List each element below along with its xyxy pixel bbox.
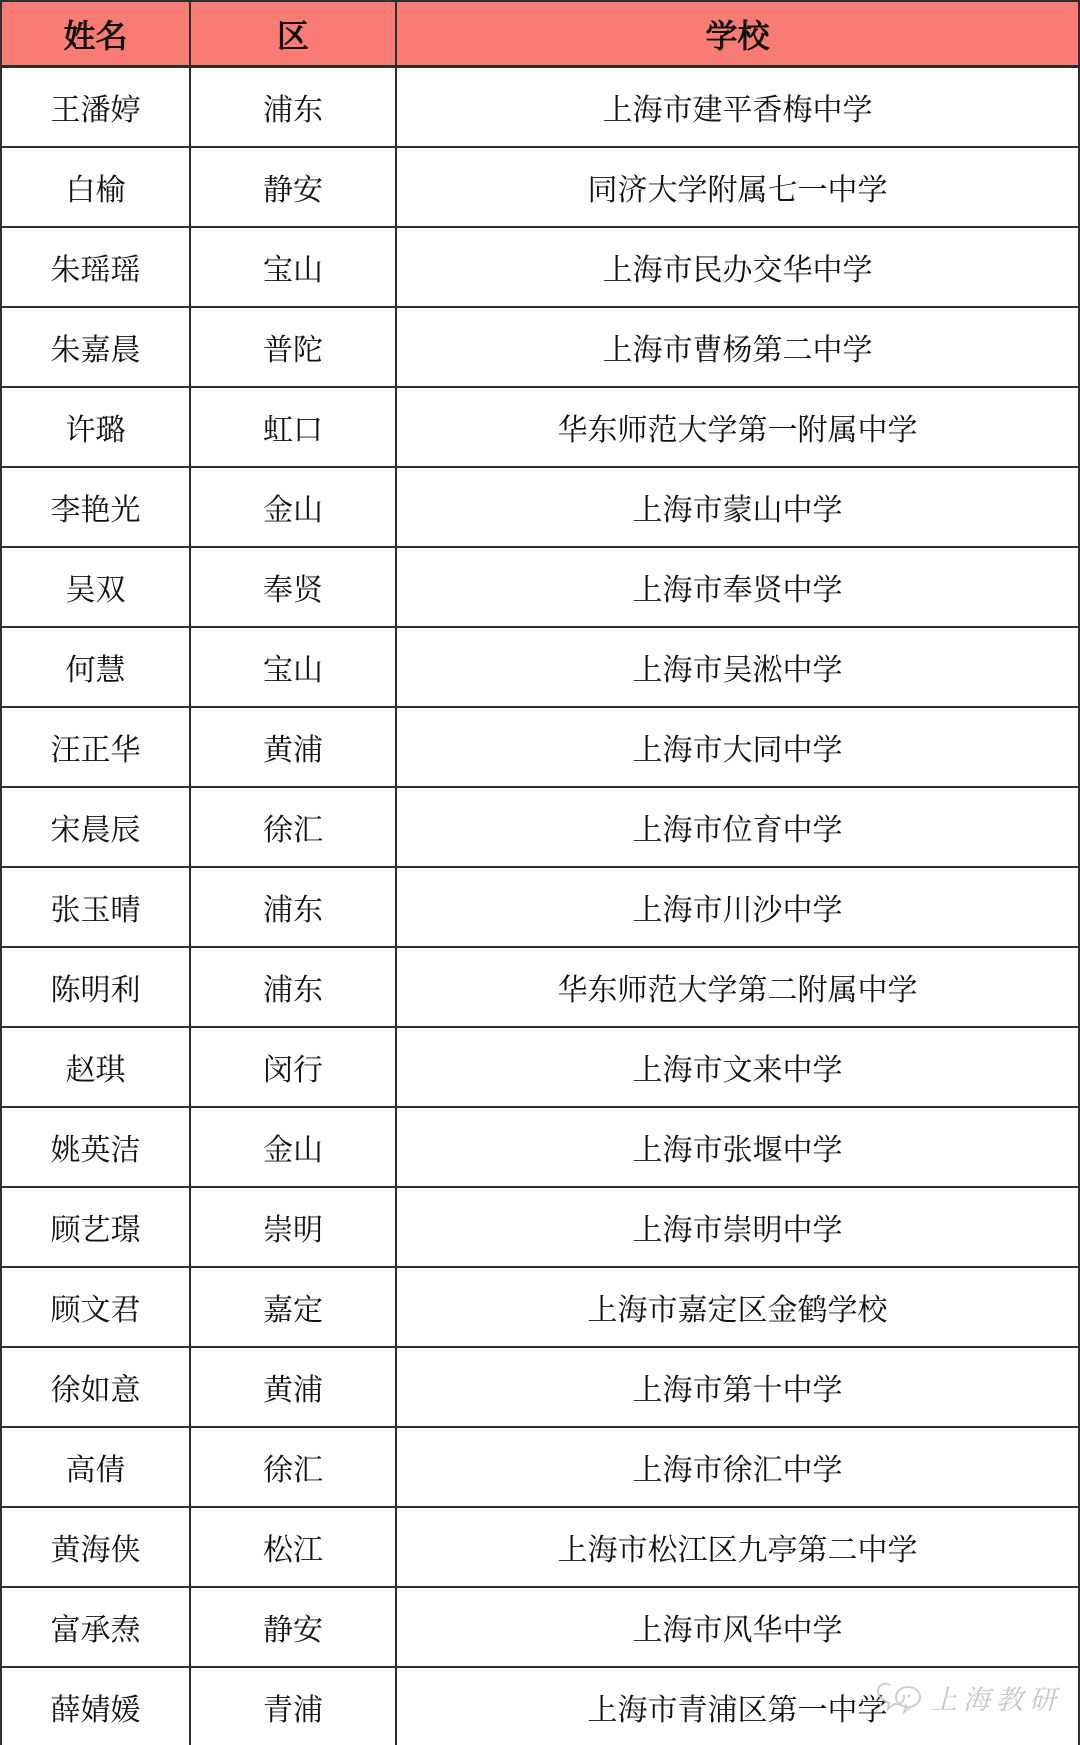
table-row: 李艳光 金山 上海市蒙山中学 — [1, 467, 1079, 547]
school-cell: 上海市风华中学 — [396, 1587, 1079, 1667]
school-cell: 上海市崇明中学 — [396, 1187, 1079, 1267]
table-row: 吴双 奉贤 上海市奉贤中学 — [1, 547, 1079, 627]
district-cell: 奉贤 — [190, 547, 396, 627]
name-cell: 高倩 — [1, 1427, 190, 1507]
table-row: 陈明利 浦东 华东师范大学第二附属中学 — [1, 947, 1079, 1027]
school-cell: 上海市徐汇中学 — [396, 1427, 1079, 1507]
school-cell: 上海市民办交华中学 — [396, 227, 1079, 307]
header-district: 区 — [190, 1, 396, 67]
name-cell: 徐如意 — [1, 1347, 190, 1427]
school-cell: 上海市川沙中学 — [396, 867, 1079, 947]
table-row: 王潘婷 浦东 上海市建平香梅中学 — [1, 67, 1079, 148]
name-cell: 富承焘 — [1, 1587, 190, 1667]
name-cell: 陈明利 — [1, 947, 190, 1027]
student-roster-table: 姓名 区 学校 王潘婷 浦东 上海市建平香梅中学 白榆 静安 同济大学附属七一中… — [0, 0, 1080, 1745]
district-cell: 静安 — [190, 1587, 396, 1667]
table-row: 许璐 虹口 华东师范大学第一附属中学 — [1, 387, 1079, 467]
school-cell: 上海市文来中学 — [396, 1027, 1079, 1107]
table-row: 顾文君 嘉定 上海市嘉定区金鹤学校 — [1, 1267, 1079, 1347]
school-cell: 上海市建平香梅中学 — [396, 67, 1079, 148]
name-cell: 赵琪 — [1, 1027, 190, 1107]
name-cell: 汪正华 — [1, 707, 190, 787]
district-cell: 嘉定 — [190, 1267, 396, 1347]
school-cell: 上海市奉贤中学 — [396, 547, 1079, 627]
table-header-row: 姓名 区 学校 — [1, 1, 1079, 67]
district-cell: 金山 — [190, 1107, 396, 1187]
district-cell: 宝山 — [190, 627, 396, 707]
table-row: 黄海侠 松江 上海市松江区九亭第二中学 — [1, 1507, 1079, 1587]
name-cell: 顾艺璟 — [1, 1187, 190, 1267]
district-cell: 徐汇 — [190, 1427, 396, 1507]
roster-page: 姓名 区 学校 王潘婷 浦东 上海市建平香梅中学 白榆 静安 同济大学附属七一中… — [0, 0, 1080, 1745]
district-cell: 徐汇 — [190, 787, 396, 867]
name-cell: 薛婧媛 — [1, 1667, 190, 1745]
district-cell: 浦东 — [190, 947, 396, 1027]
district-cell: 普陀 — [190, 307, 396, 387]
district-cell: 金山 — [190, 467, 396, 547]
name-cell: 白榆 — [1, 147, 190, 227]
table-row: 何慧 宝山 上海市吴淞中学 — [1, 627, 1079, 707]
header-name: 姓名 — [1, 1, 190, 67]
name-cell: 朱嘉晨 — [1, 307, 190, 387]
district-cell: 崇明 — [190, 1187, 396, 1267]
table-row: 朱嘉晨 普陀 上海市曹杨第二中学 — [1, 307, 1079, 387]
district-cell: 青浦 — [190, 1667, 396, 1745]
school-cell: 上海市张堰中学 — [396, 1107, 1079, 1187]
district-cell: 浦东 — [190, 867, 396, 947]
table-row: 汪正华 黄浦 上海市大同中学 — [1, 707, 1079, 787]
school-cell: 华东师范大学第二附属中学 — [396, 947, 1079, 1027]
name-cell: 吴双 — [1, 547, 190, 627]
name-cell: 顾文君 — [1, 1267, 190, 1347]
district-cell: 浦东 — [190, 67, 396, 148]
table-row: 姚英洁 金山 上海市张堰中学 — [1, 1107, 1079, 1187]
table-row: 赵琪 闵行 上海市文来中学 — [1, 1027, 1079, 1107]
district-cell: 宝山 — [190, 227, 396, 307]
name-cell: 王潘婷 — [1, 67, 190, 148]
table-row: 徐如意 黄浦 上海市第十中学 — [1, 1347, 1079, 1427]
name-cell: 宋晨辰 — [1, 787, 190, 867]
district-cell: 静安 — [190, 147, 396, 227]
district-cell: 黄浦 — [190, 707, 396, 787]
table-row: 顾艺璟 崇明 上海市崇明中学 — [1, 1187, 1079, 1267]
name-cell: 何慧 — [1, 627, 190, 707]
district-cell: 闵行 — [190, 1027, 396, 1107]
table-row: 宋晨辰 徐汇 上海市位育中学 — [1, 787, 1079, 867]
table-row: 张玉晴 浦东 上海市川沙中学 — [1, 867, 1079, 947]
school-cell: 上海市吴淞中学 — [396, 627, 1079, 707]
table-row: 白榆 静安 同济大学附属七一中学 — [1, 147, 1079, 227]
district-cell: 松江 — [190, 1507, 396, 1587]
school-cell: 上海市第十中学 — [396, 1347, 1079, 1427]
table-row: 富承焘 静安 上海市风华中学 — [1, 1587, 1079, 1667]
school-cell: 上海市大同中学 — [396, 707, 1079, 787]
name-cell: 李艳光 — [1, 467, 190, 547]
school-cell: 同济大学附属七一中学 — [396, 147, 1079, 227]
name-cell: 黄海侠 — [1, 1507, 190, 1587]
district-cell: 黄浦 — [190, 1347, 396, 1427]
name-cell: 许璐 — [1, 387, 190, 467]
school-cell: 上海市蒙山中学 — [396, 467, 1079, 547]
district-cell: 虹口 — [190, 387, 396, 467]
table-row: 薛婧媛 青浦 上海市青浦区第一中学 — [1, 1667, 1079, 1745]
school-cell: 华东师范大学第一附属中学 — [396, 387, 1079, 467]
table-row: 朱瑶瑶 宝山 上海市民办交华中学 — [1, 227, 1079, 307]
school-cell: 上海市位育中学 — [396, 787, 1079, 867]
table-row: 高倩 徐汇 上海市徐汇中学 — [1, 1427, 1079, 1507]
name-cell: 张玉晴 — [1, 867, 190, 947]
school-cell: 上海市嘉定区金鹤学校 — [396, 1267, 1079, 1347]
name-cell: 姚英洁 — [1, 1107, 190, 1187]
header-school: 学校 — [396, 1, 1079, 67]
school-cell: 上海市曹杨第二中学 — [396, 307, 1079, 387]
school-cell: 上海市青浦区第一中学 — [396, 1667, 1079, 1745]
school-cell: 上海市松江区九亭第二中学 — [396, 1507, 1079, 1587]
name-cell: 朱瑶瑶 — [1, 227, 190, 307]
